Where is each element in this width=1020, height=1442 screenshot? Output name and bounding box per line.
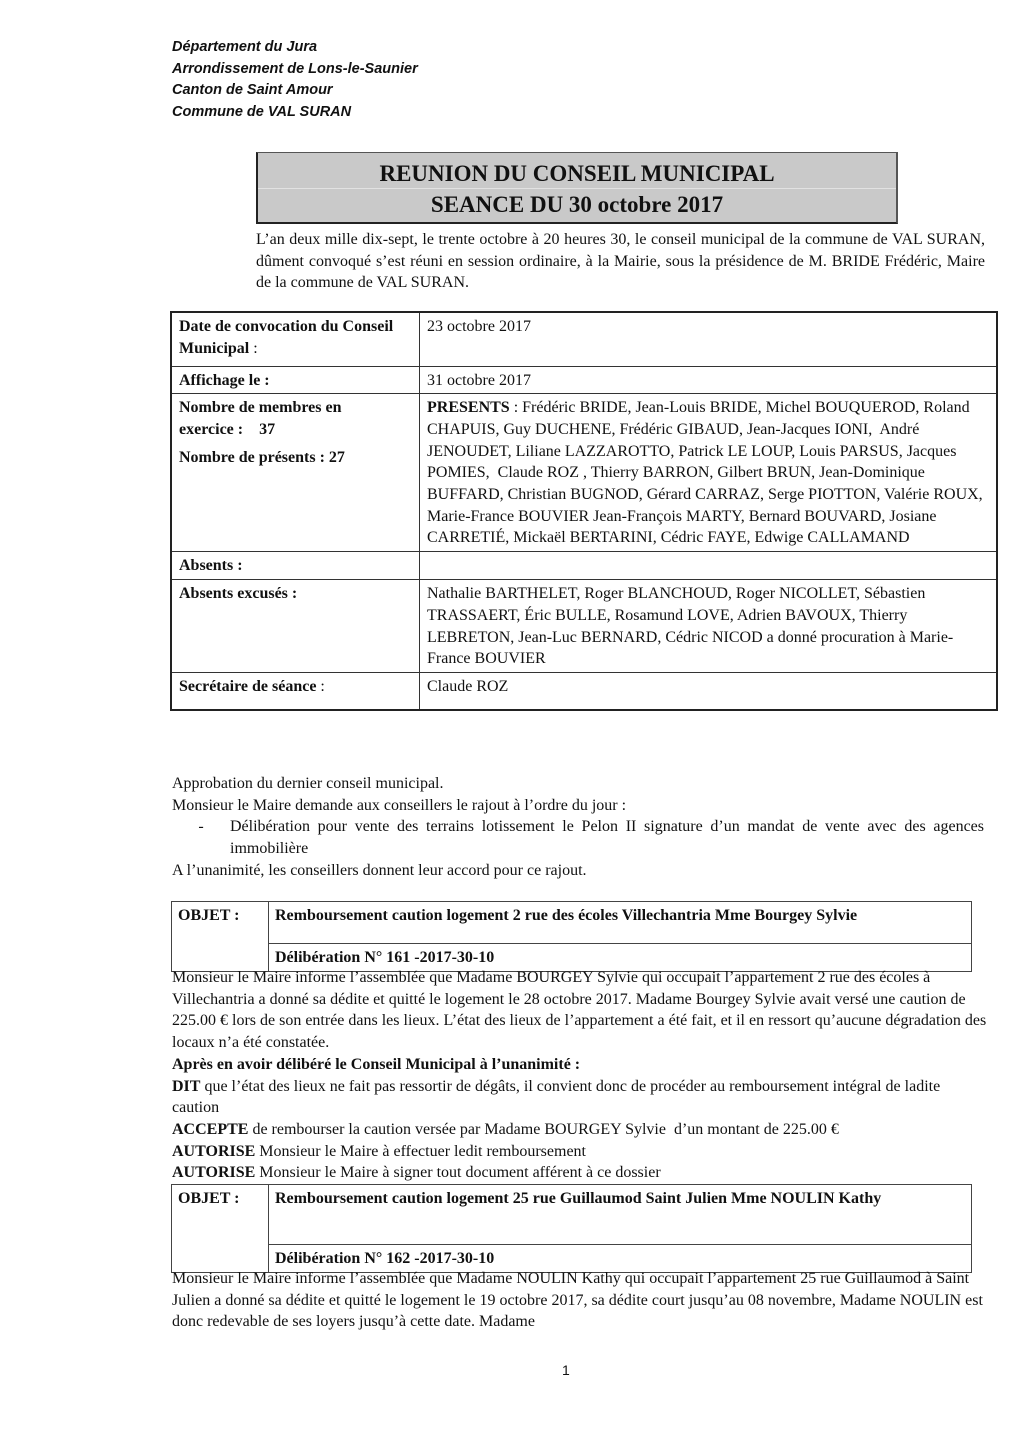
membres-en-exercice: Nombre de membres en exercice : 37 [179,397,384,440]
objet-key: OBJET : [172,1185,269,1273]
bullet-dash: - [172,816,230,859]
attendance-table: Date de convocation du Conseil Municipal… [170,311,998,711]
decision-dit: DIT que l’état des lieux ne fait pas res… [172,1076,987,1119]
convocation-value: 23 octobre 2017 [420,312,998,366]
table-row: Affichage le : 31 octobre 2017 [171,366,997,394]
objet2-body-text: Monsieur le Maire informe l’assemblée qu… [172,1268,987,1333]
agenda-item: - Délibération pour vente des terrains l… [172,816,984,859]
decision-heading: Après en avoir délibéré le Conseil Munic… [172,1054,987,1076]
objet-table-161: OBJET : Remboursement caution logement 2… [171,901,972,972]
objet2-body: Monsieur le Maire informe l’assemblée qu… [172,1268,987,1333]
agenda-item-text: Délibération pour vente des terrains lot… [230,816,984,859]
objet-key: OBJET : [172,902,269,972]
convocation-label: Date de convocation du Conseil Municipal… [171,312,420,366]
header-departement: Département du Jura [172,37,418,59]
objet-subject: Remboursement caution logement 2 rue des… [269,902,972,944]
table-row: OBJET : Remboursement caution logement 2… [172,1185,972,1245]
page-title: REUNION DU CONSEIL MUNICIPAL [258,158,896,189]
objet-table-162: OBJET : Remboursement caution logement 2… [171,1184,972,1273]
secretaire-value: Claude ROZ [420,672,998,710]
table-row: Secrétaire de séance : Claude ROZ [171,672,997,710]
decision-accepte: ACCEPTE de rembourser la caution versée … [172,1119,987,1141]
absents-label: Absents : [171,552,420,580]
title-box: REUNION DU CONSEIL MUNICIPAL SEANCE DU 3… [256,152,898,224]
request-line: Monsieur le Maire demande aux conseiller… [172,795,984,817]
intro-paragraph: L’an deux mille dix-sept, le trente octo… [256,229,985,294]
document-header: Département du Jura Arrondissement de Lo… [172,37,418,123]
header-commune: Commune de VAL SURAN [172,102,418,124]
header-canton: Canton de Saint Amour [172,80,418,102]
absents-excuses-value: Nathalie BARTHELET, Roger BLANCHOUD, Rog… [420,580,998,673]
absents-value [420,552,998,580]
decision-autorise-1: AUTORISE Monsieur le Maire à effectuer l… [172,1141,987,1163]
objet1-body: Monsieur le Maire informe l’assemblée qu… [172,967,987,1184]
objet-subject: Remboursement caution logement 25 rue Gu… [269,1185,972,1245]
nombre-presents: Nombre de présents : 27 [179,447,412,469]
title-divider [258,188,896,189]
membres-label: Nombre de membres en exercice : 37 Nombr… [171,394,420,552]
approval-line: Approbation du dernier conseil municipal… [172,773,984,795]
unanimity-line: A l’unanimité, les conseillers donnent l… [172,860,984,882]
absents-excuses-label: Absents excusés : [171,580,420,673]
decision-autorise-2: AUTORISE Monsieur le Maire à signer tout… [172,1162,987,1184]
table-row: Date de convocation du Conseil Municipal… [171,312,997,366]
table-row: OBJET : Remboursement caution logement 2… [172,902,972,944]
header-arrondissement: Arrondissement de Lons-le-Saunier [172,59,418,81]
session-title: SEANCE DU 30 octobre 2017 [258,189,896,220]
table-row: Absents excusés : Nathalie BARTHELET, Ro… [171,580,997,673]
affichage-value: 31 octobre 2017 [420,366,998,394]
objet1-body-text: Monsieur le Maire informe l’assemblée qu… [172,967,987,1054]
table-row: Absents : [171,552,997,580]
presents-label: PRESENTS [427,399,510,416]
presents-names: : Frédéric BRIDE, Jean-Louis BRIDE, Mich… [427,399,987,546]
table-row: Nombre de membres en exercice : 37 Nombr… [171,394,997,552]
agenda-section: Approbation du dernier conseil municipal… [172,773,984,882]
affichage-label: Affichage le : [171,366,420,394]
presents-list: PRESENTS : Frédéric BRIDE, Jean-Louis BR… [420,394,998,552]
secretaire-label: Secrétaire de séance : [171,672,420,710]
page-number: 1 [562,1362,570,1378]
